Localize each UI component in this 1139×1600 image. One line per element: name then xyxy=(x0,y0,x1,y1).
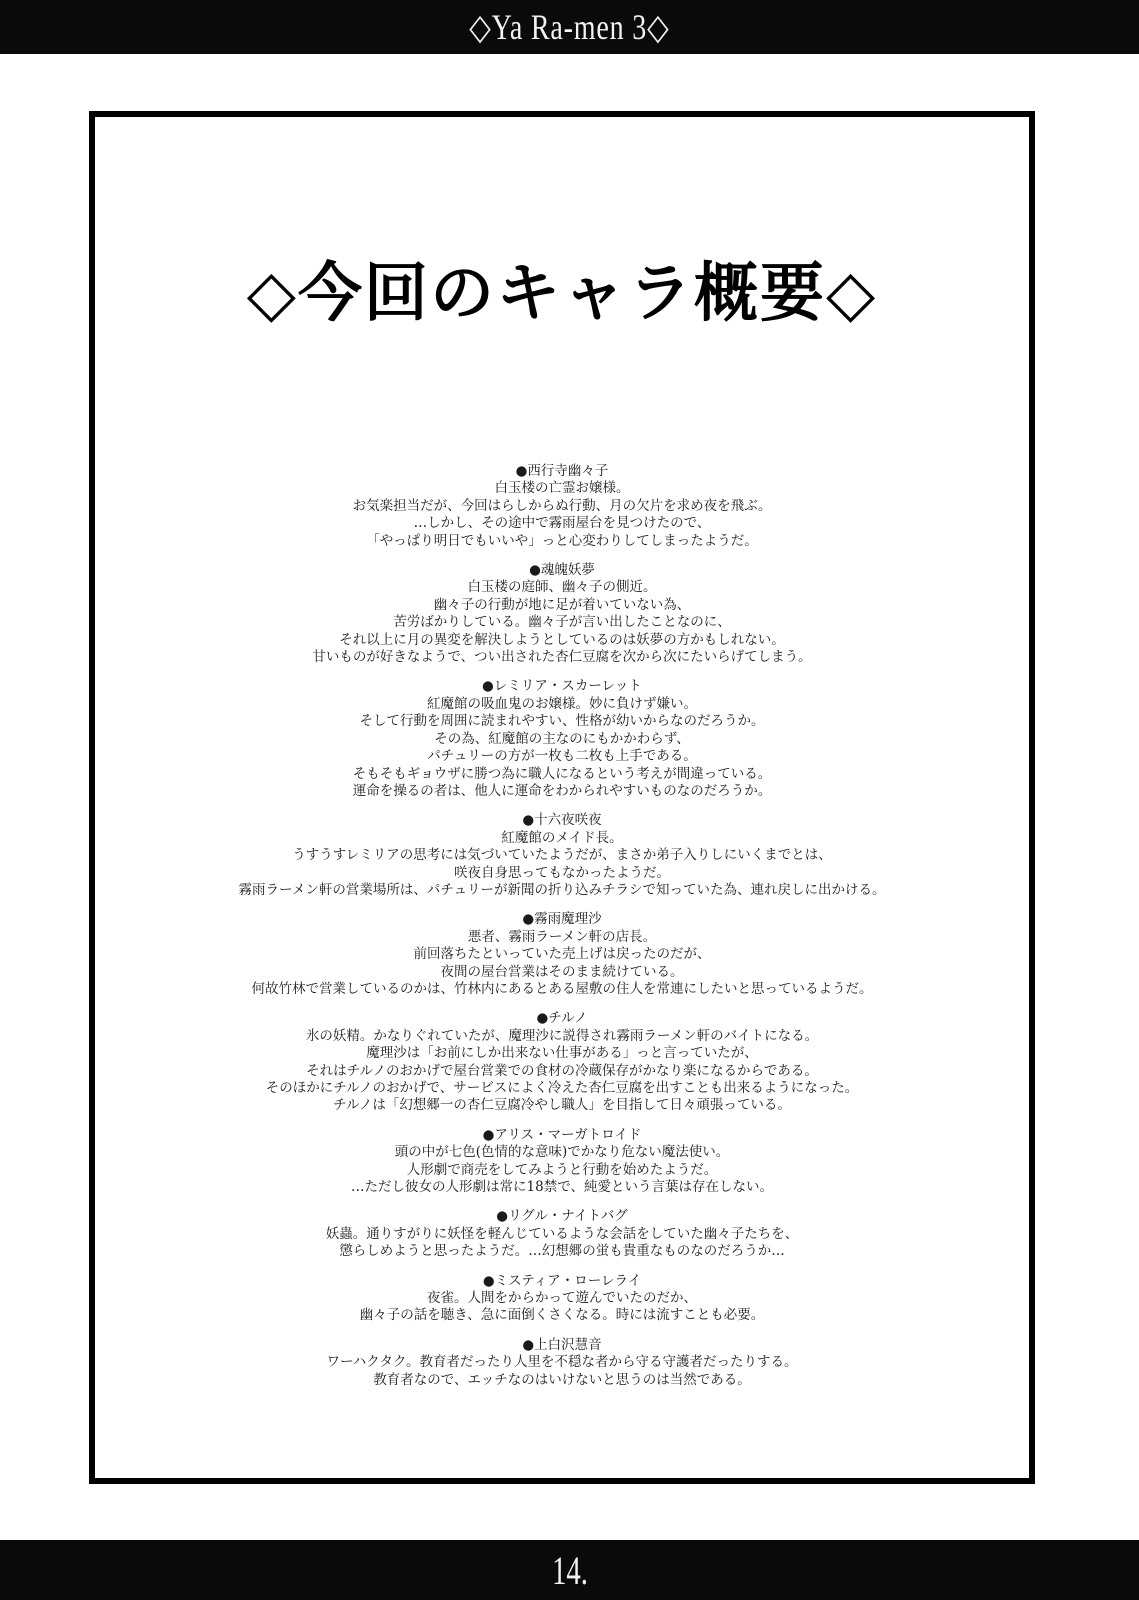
character-description-line: 懲らしめようと思ったようだ。…幻想郷の蛍も貴重なものなのだろうか… xyxy=(95,1243,1029,1260)
character-description-line: パチュリーの方が一枚も二枚も上手である。 xyxy=(95,748,1029,765)
character-entry: 霧雨魔理沙悪者、霧雨ラーメン軒の店長。前回落ちたといっていた売上げは戻ったのだが… xyxy=(95,911,1029,998)
character-description-line: 前回落ちたといっていた売上げは戻ったのだが、 xyxy=(95,946,1029,963)
character-description-line: 悪者、霧雨ラーメン軒の店長。 xyxy=(95,929,1029,946)
character-description-line: そのほかにチルノのおかげで、サービスによく冷えた杏仁豆腐を出すことも出来るように… xyxy=(95,1080,1029,1097)
character-entry: アリス・マーガトロイド頭の中が七色(色情的な意味)でかなり危ない魔法使い。人形劇… xyxy=(95,1127,1029,1197)
character-description-line: 氷の妖精。かなりぐれていたが、魔理沙に説得され霧雨ラーメン軒のバイトになる。 xyxy=(95,1028,1029,1045)
character-entry: ミスティア・ローレライ夜雀。人間をからかって遊んでいたのだか、幽々子の話を聴き、… xyxy=(95,1273,1029,1325)
character-name: リグル・ナイトバグ xyxy=(95,1208,1029,1225)
character-entry: レミリア・スカーレット紅魔館の吸血鬼のお嬢様。妙に負けず嫌い。そして行動を周囲に… xyxy=(95,678,1029,800)
character-name: アリス・マーガトロイド xyxy=(95,1127,1029,1144)
character-description-line: その為、紅魔館の主なのにもかかわらず、 xyxy=(95,731,1029,748)
character-entry: リグル・ナイトバグ妖蟲。通りすがりに妖怪を軽んじているような会話をしていた幽々子… xyxy=(95,1208,1029,1260)
character-description-line: 白玉楼の庭師、幽々子の側近。 xyxy=(95,579,1029,596)
character-description-line: 幽々子の行動が地に足が着いていない為、 xyxy=(95,597,1029,614)
header-bar: ◇Ya Ra-men 3◇ xyxy=(0,0,1139,54)
character-description-line: 頭の中が七色(色情的な意味)でかなり危ない魔法使い。 xyxy=(95,1144,1029,1161)
character-description-line: そして行動を周囲に読まれやすい、性格が幼いからなのだろうか。 xyxy=(95,713,1029,730)
character-entry: 十六夜咲夜紅魔館のメイド長。うすうすレミリアの思考には気づいていたようだが、まさ… xyxy=(95,812,1029,899)
character-description-line: 夜雀。人間をからかって遊んでいたのだか、 xyxy=(95,1290,1029,1307)
character-name: 霧雨魔理沙 xyxy=(95,911,1029,928)
character-description-line: …ただし彼女の人形劇は常に18禁で、純愛という言葉は存在しない。 xyxy=(95,1179,1029,1196)
content-frame: ◇今回のキャラ概要◇ 西行寺幽々子白玉楼の亡霊お嬢様。お気楽担当だが、今回はらし… xyxy=(89,111,1035,1484)
header-title: ◇Ya Ra-men 3◇ xyxy=(469,6,669,48)
character-description-line: それはチルノのおかげで屋台営業での食材の冷蔵保存がかなり楽になるからである。 xyxy=(95,1063,1029,1080)
character-description-line: それ以上に月の異変を解決しようとしているのは妖夢の方かもしれない。 xyxy=(95,632,1029,649)
character-description-line: 霧雨ラーメン軒の営業場所は、パチュリーが新聞の折り込みチラシで知っていた為、連れ… xyxy=(95,882,1029,899)
character-list: 西行寺幽々子白玉楼の亡霊お嬢様。お気楽担当だが、今回はらしからぬ行動、月の欠片を… xyxy=(95,463,1029,1401)
character-description-line: 何故竹林で営業しているのかは、竹林内にあるとある屋敷の住人を常連にしたいと思って… xyxy=(95,981,1029,998)
character-description-line: そもそもギョウザに勝つ為に職人になるという考えが間違っている。 xyxy=(95,766,1029,783)
character-name: 上白沢慧音 xyxy=(95,1337,1029,1354)
page-number: 14. xyxy=(552,1547,588,1594)
character-description-line: お気楽担当だが、今回はらしからぬ行動、月の欠片を求め夜を飛ぶ。 xyxy=(95,498,1029,515)
character-entry: 魂魄妖夢白玉楼の庭師、幽々子の側近。幽々子の行動が地に足が着いていない為、苦労ば… xyxy=(95,562,1029,666)
character-description-line: 妖蟲。通りすがりに妖怪を軽んじているような会話をしていた幽々子たちを、 xyxy=(95,1226,1029,1243)
character-entry: 上白沢慧音ワーハクタク。教育者だったり人里を不穏な者から守る守護者だったりする。… xyxy=(95,1337,1029,1389)
footer-bar: 14. xyxy=(0,1540,1139,1600)
character-description-line: ワーハクタク。教育者だったり人里を不穏な者から守る守護者だったりする。 xyxy=(95,1354,1029,1371)
character-description-line: 夜間の屋台営業はそのまま続けている。 xyxy=(95,964,1029,981)
character-entry: チルノ氷の妖精。かなりぐれていたが、魔理沙に説得され霧雨ラーメン軒のバイトになる… xyxy=(95,1010,1029,1114)
character-name: 十六夜咲夜 xyxy=(95,812,1029,829)
character-name: 魂魄妖夢 xyxy=(95,562,1029,579)
character-description-line: うすうすレミリアの思考には気づいていたようだが、まさか弟子入りしにいくまでとは、 xyxy=(95,847,1029,864)
character-name: 西行寺幽々子 xyxy=(95,463,1029,480)
character-name: レミリア・スカーレット xyxy=(95,678,1029,695)
page-title: ◇今回のキャラ概要◇ xyxy=(95,242,1029,334)
character-description-line: 幽々子の話を聴き、急に面倒くさくなる。時には流すことも必要。 xyxy=(95,1307,1029,1324)
character-description-line: チルノは「幻想郷一の杏仁豆腐冷やし職人」を目指して日々頑張っている。 xyxy=(95,1097,1029,1114)
character-description-line: 教育者なので、エッチなのはいけないと思うのは当然である。 xyxy=(95,1372,1029,1389)
character-description-line: 苦労ばかりしている。幽々子が言い出したことなのに、 xyxy=(95,614,1029,631)
character-description-line: 「やっぱり明日でもいいや」っと心変わりしてしまったようだ。 xyxy=(95,533,1029,550)
character-description-line: …しかし、その途中で霧雨屋台を見つけたので、 xyxy=(95,515,1029,532)
character-name: チルノ xyxy=(95,1010,1029,1027)
character-description-line: 魔理沙は「お前にしか出来ない仕事がある」っと言っていたが、 xyxy=(95,1045,1029,1062)
character-description-line: 紅魔館のメイド長。 xyxy=(95,830,1029,847)
character-description-line: 紅魔館の吸血鬼のお嬢様。妙に負けず嫌い。 xyxy=(95,696,1029,713)
character-description-line: 運命を操るの者は、他人に運命をわかられやすいものなのだろうか。 xyxy=(95,783,1029,800)
character-entry: 西行寺幽々子白玉楼の亡霊お嬢様。お気楽担当だが、今回はらしからぬ行動、月の欠片を… xyxy=(95,463,1029,550)
character-name: ミスティア・ローレライ xyxy=(95,1273,1029,1290)
character-description-line: 人形劇で商売をしてみようと行動を始めたようだ。 xyxy=(95,1162,1029,1179)
character-description-line: 甘いものが好きなようで、つい出された杏仁豆腐を次から次にたいらげてしまう。 xyxy=(95,649,1029,666)
character-description-line: 白玉楼の亡霊お嬢様。 xyxy=(95,480,1029,497)
character-description-line: 咲夜自身思ってもなかったようだ。 xyxy=(95,865,1029,882)
